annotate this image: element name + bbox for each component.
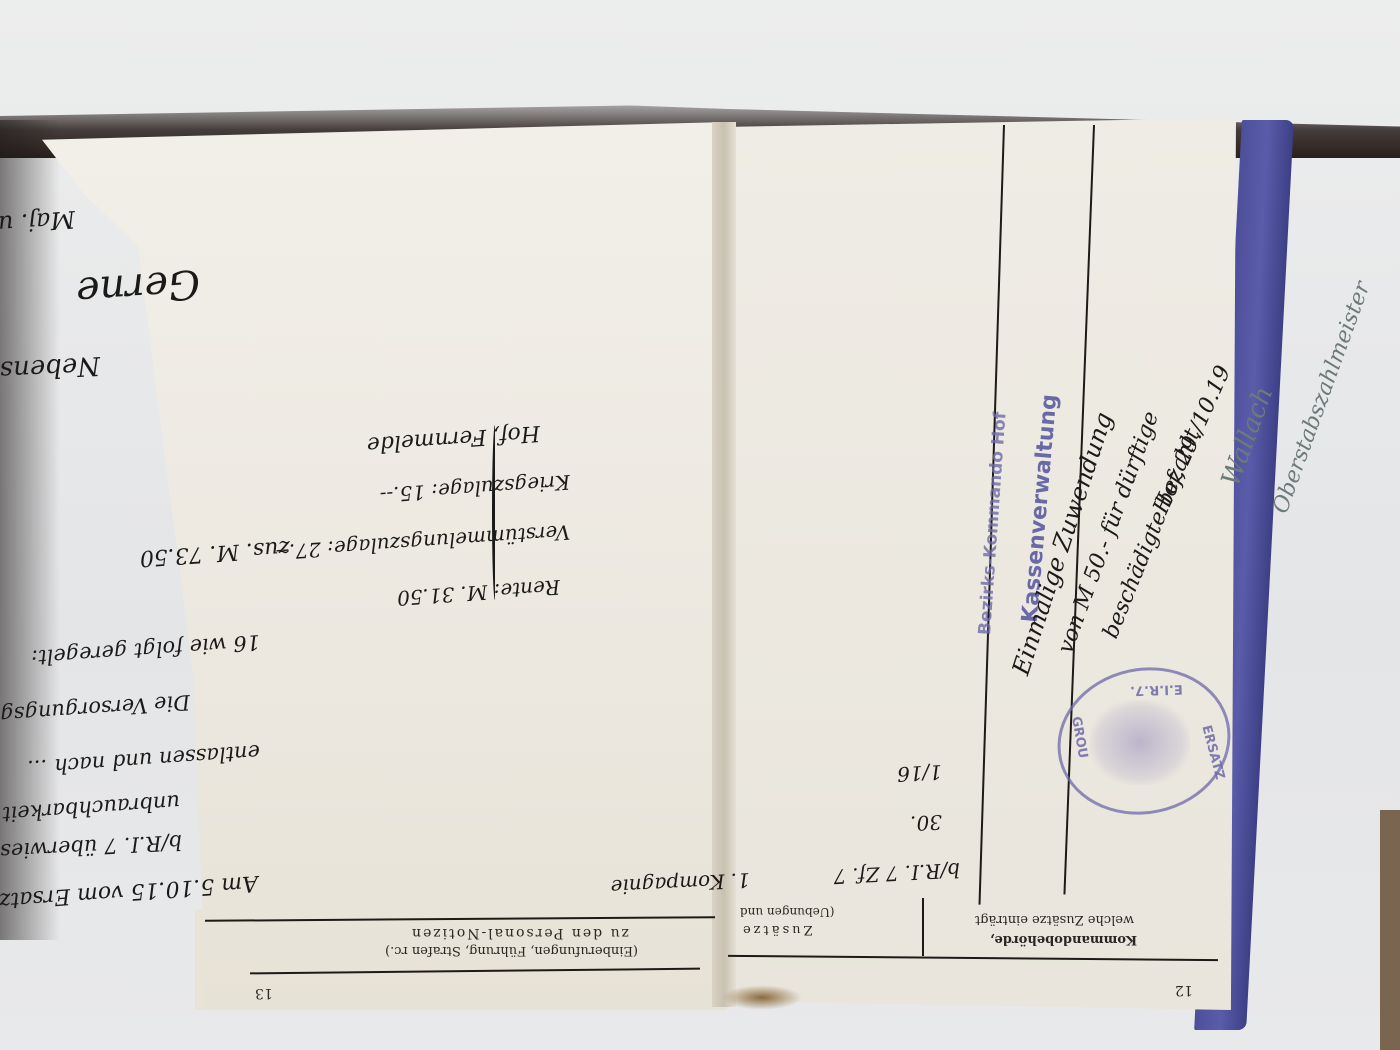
round-stamp-emblem <box>1090 700 1190 785</box>
handwriting-line: Maj. u. Komp.-Führer <box>0 205 76 251</box>
signature: Gerne <box>75 260 202 315</box>
round-stamp-top: E.I.R.7. <box>1130 681 1183 698</box>
left-page-number: 13 <box>255 985 273 1001</box>
pencil-title: Oberstabszahlmeister <box>1268 278 1375 517</box>
curly-brace <box>492 425 498 600</box>
handwriting-line: Die Versorgungsgebührnisse wurden ab 1.2… <box>0 690 191 747</box>
left-printed-header-1: zu den Personal-Notizen <box>410 925 629 941</box>
open-paybook: zu den Personal-Notizen (Einberufungen, … <box>0 0 1400 1050</box>
right-column-right-header-2: welche Zusätze einträgt <box>975 912 1134 927</box>
right-page-number: 12 <box>1175 982 1193 998</box>
paper-stain <box>722 985 802 1010</box>
right-column-divider <box>922 898 924 956</box>
left-printed-header-2: (Einberufungen, Führung, Strafen rc.) <box>385 943 638 958</box>
handwriting-line: Nebenst. Reparatur 31.1.16 <box>0 350 101 399</box>
right-column-left-header-1: Zusätze <box>740 922 813 937</box>
right-column-right-header-1: Kommandobehörde, <box>990 932 1137 947</box>
right-column-left-header-2: (Uebungen und <box>740 905 835 919</box>
handwriting-line: b/R.I. 7 überwiesen und am 31.1.16 wegen… <box>0 830 183 882</box>
handwriting-line: 30. <box>910 810 943 836</box>
handwriting-line: 1/16 <box>897 760 943 786</box>
